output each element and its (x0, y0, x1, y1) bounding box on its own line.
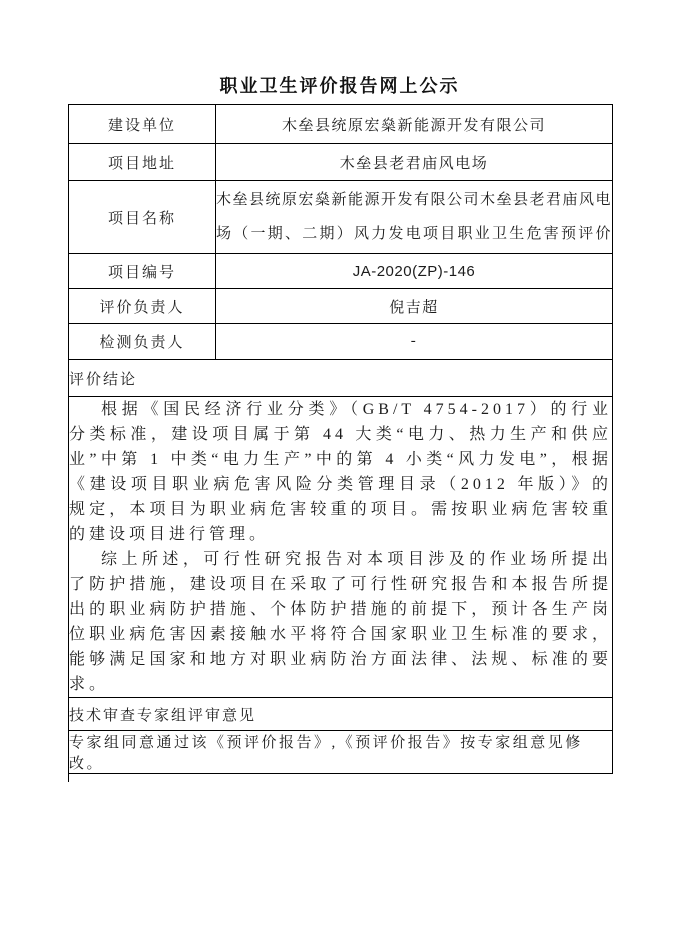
conclusion-paragraph-2: 综上所述，可行性研究报告对本项目涉及的作业场所提出了防护措施，建设项目在采取了可… (69, 547, 612, 697)
table-row-conclusion-body: 根据《国民经济行业分类》（GB/T 4754-2017）的行业分类标准，建设项目… (69, 397, 613, 698)
project-number-value: JA-2020(ZP)-146 (216, 254, 613, 289)
project-name-label: 项目名称 (69, 181, 216, 254)
page-title: 职业卫生评价报告网上公示 (0, 0, 679, 98)
table-row-construction-unit: 建设单位 木垒县统原宏燊新能源开发有限公司 (69, 105, 613, 144)
conclusion-paragraph-1: 根据《国民经济行业分类》（GB/T 4754-2017）的行业分类标准，建设项目… (69, 397, 612, 547)
conclusion-label: 评价结论 (69, 360, 613, 397)
conclusion-body: 根据《国民经济行业分类》（GB/T 4754-2017）的行业分类标准，建设项目… (69, 397, 613, 698)
notice-table: 建设单位 木垒县统原宏燊新能源开发有限公司 项目地址 木垒县老君庙风电场 项目名… (68, 104, 613, 774)
project-address-value: 木垒县老君庙风电场 (216, 144, 613, 181)
evaluation-leader-label: 评价负责人 (69, 289, 216, 324)
project-address-label: 项目地址 (69, 144, 216, 181)
construction-unit-label: 建设单位 (69, 105, 216, 144)
testing-leader-value: - (216, 324, 613, 360)
table-row-expert-review-opinion: 专家组同意通过该《预评价报告》,《预评价报告》按专家组意见修改。 (69, 731, 613, 774)
table-row-project-name: 项目名称 木垒县统原宏燊新能源开发有限公司木垒县老君庙风电场（一期、二期）风力发… (69, 181, 613, 254)
project-number-label: 项目编号 (69, 254, 216, 289)
evaluation-leader-value: 倪吉超 (216, 289, 613, 324)
testing-leader-label: 检测负责人 (69, 324, 216, 360)
table-row-expert-review-header: 技术审查专家组评审意见 (69, 698, 613, 731)
table-row-testing-leader: 检测负责人 - (69, 324, 613, 360)
table-row-conclusion-header: 评价结论 (69, 360, 613, 397)
table-row-project-number: 项目编号 JA-2020(ZP)-146 (69, 254, 613, 289)
table-row-evaluation-leader: 评价负责人 倪吉超 (69, 289, 613, 324)
expert-review-label: 技术审查专家组评审意见 (69, 698, 613, 731)
table-border-tail (68, 774, 69, 782)
table-row-project-address: 项目地址 木垒县老君庙风电场 (69, 144, 613, 181)
construction-unit-value: 木垒县统原宏燊新能源开发有限公司 (216, 105, 613, 144)
document-page: 职业卫生评价报告网上公示 建设单位 木垒县统原宏燊新能源开发有限公司 项目地址 … (0, 0, 679, 948)
expert-review-opinion: 专家组同意通过该《预评价报告》,《预评价报告》按专家组意见修改。 (69, 731, 613, 774)
project-name-value: 木垒县统原宏燊新能源开发有限公司木垒县老君庙风电场（一期、二期）风力发电项目职业… (216, 181, 613, 254)
